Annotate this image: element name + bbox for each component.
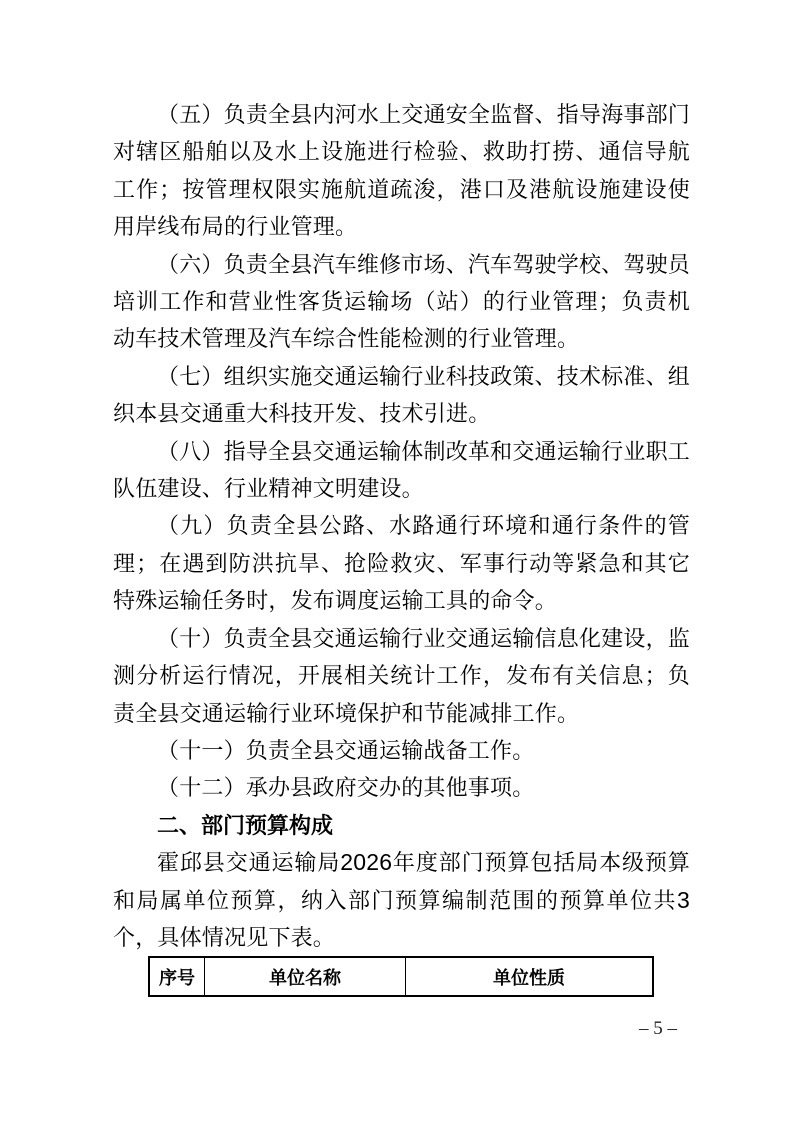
duty-paragraph-6: （六）负责全县汽车维修市场、汽车驾驶学校、驾驶员培训工作和营业性客货运输场（站）…	[113, 246, 690, 358]
duty-paragraph-12: （十二）承办县政府交办的其他事项。	[113, 769, 690, 806]
table-header-row: 序号 单位名称 单位性质	[149, 957, 653, 996]
section-heading-budget-composition: 二、部门预算构成	[113, 807, 690, 844]
budget-unit-count-value: 3	[677, 887, 690, 913]
column-header-unit-nature: 单位性质	[406, 957, 654, 996]
page-number: – 5 –	[113, 1018, 690, 1040]
intro-text-tail: 个，具体情况见下表。	[113, 925, 335, 950]
document-page: （五）负责全县内河水上交通安全监督、指导海事部门对辖区船舶以及水上设施进行检验、…	[0, 0, 793, 1122]
duty-paragraph-9: （九）负责全县公路、水路通行环境和通行条件的管理；在遇到防洪抗旱、抢险救灾、军事…	[113, 507, 690, 619]
duty-paragraph-5: （五）负责全县内河水上交通安全监督、指导海事部门对辖区船舶以及水上设施进行检验、…	[113, 96, 690, 246]
budget-intro-paragraph: 霍邱县交通运输局2026年度部门预算包括局本级预算和局属单位预算，纳入部门预算编…	[113, 844, 690, 956]
budget-units-table: 序号 单位名称 单位性质	[148, 956, 654, 997]
column-header-serial-number: 序号	[149, 957, 205, 996]
budget-year-value: 2026	[340, 849, 392, 875]
page-content: （五）负责全县内河水上交通安全监督、指导海事部门对辖区船舶以及水上设施进行检验、…	[113, 96, 690, 1040]
duty-paragraph-8: （八）指导全县交通运输体制改革和交通运输行业职工队伍建设、行业精神文明建设。	[113, 433, 690, 508]
intro-text-lead: 霍邱县交通运输局	[157, 850, 340, 875]
duty-paragraph-7: （七）组织实施交通运输行业科技政策、技术标准、组织本县交通重大科技开发、技术引进…	[113, 358, 690, 433]
duty-paragraph-11: （十一）负责全县交通运输战备工作。	[113, 732, 690, 769]
column-header-unit-name: 单位名称	[205, 957, 406, 996]
duty-paragraph-10: （十）负责全县交通运输行业交通运输信息化建设，监测分析运行情况，开展相关统计工作…	[113, 620, 690, 732]
